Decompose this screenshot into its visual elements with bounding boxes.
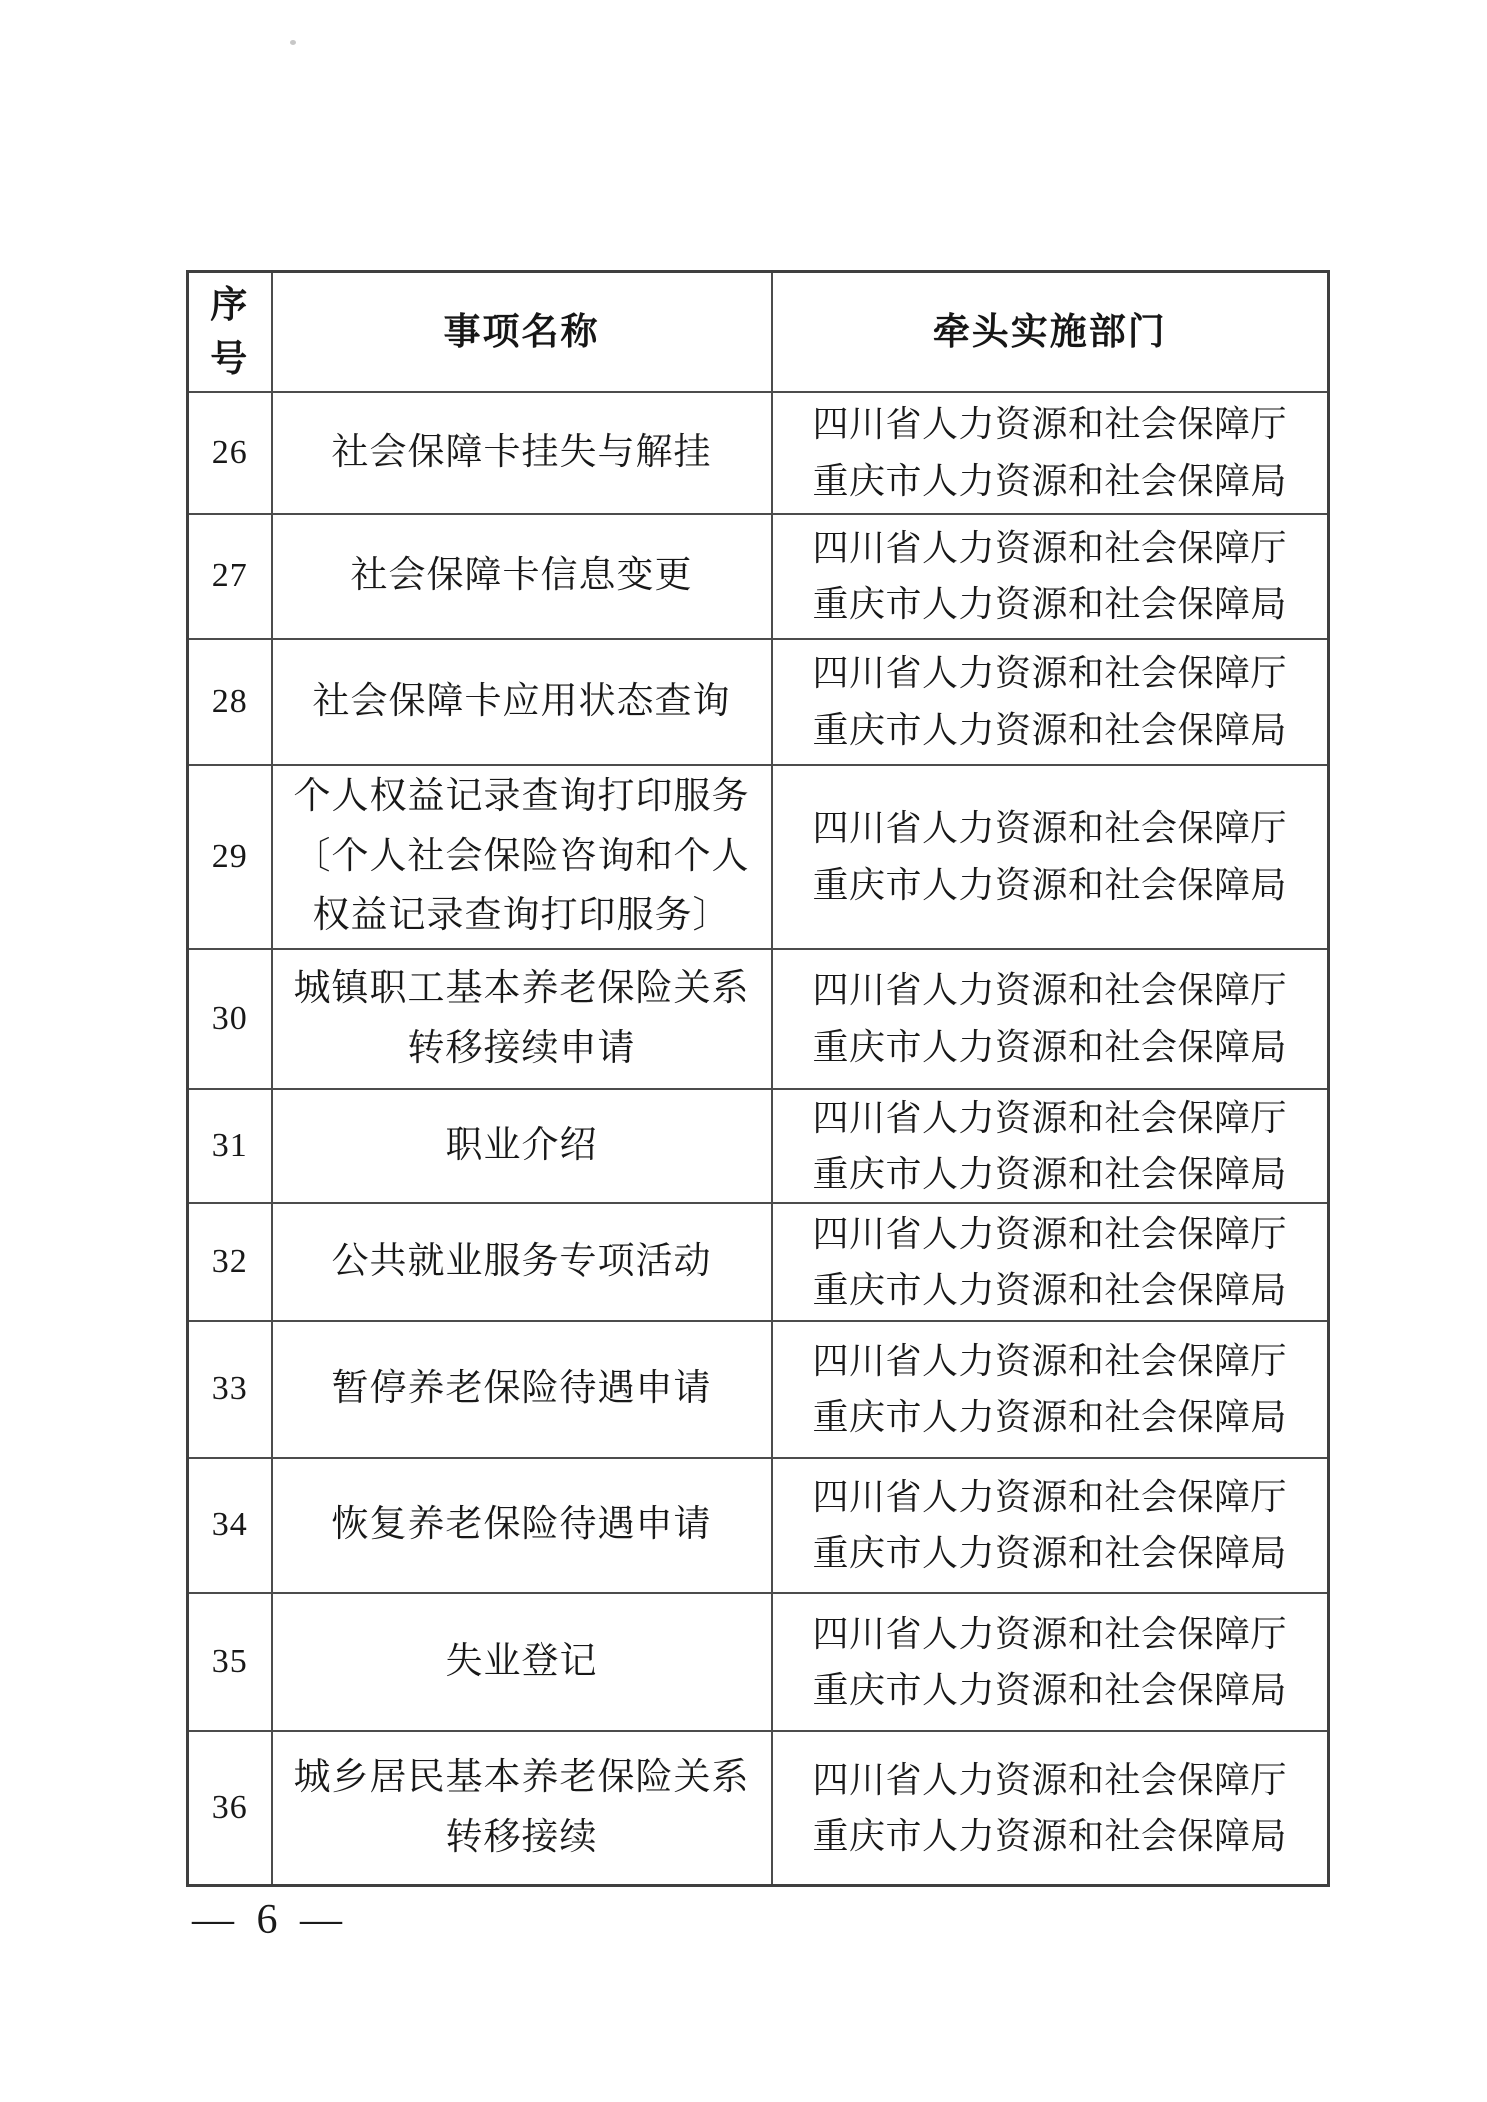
service-items-table: 序 号 事项名称 牵头实施部门 26 社会保障卡挂失与解挂 四川省人力资源和社会…: [186, 270, 1330, 1887]
table-row: 34 恢复养老保险待遇申请 四川省人力资源和社会保障厅 重庆市人力资源和社会保障…: [188, 1458, 1329, 1593]
item-name-cell: 职业介绍: [272, 1089, 772, 1203]
department-cell: 四川省人力资源和社会保障厅 重庆市人力资源和社会保障局: [772, 1089, 1329, 1203]
table-row: 30 城镇职工基本养老保险关系 转移接续申请 四川省人力资源和社会保障厅 重庆市…: [188, 949, 1329, 1089]
serial-cell: 26: [188, 392, 272, 514]
item-name-cell: 暂停养老保险待遇申请: [272, 1321, 772, 1458]
table-row: 29 个人权益记录查询打印服务 〔个人社会保险咨询和个人 权益记录查询打印服务〕…: [188, 765, 1329, 949]
item-name-cell: 失业登记: [272, 1593, 772, 1731]
table-row: 33 暂停养老保险待遇申请 四川省人力资源和社会保障厅 重庆市人力资源和社会保障…: [188, 1321, 1329, 1458]
department-cell: 四川省人力资源和社会保障厅 重庆市人力资源和社会保障局: [772, 1731, 1329, 1886]
scan-speck: [290, 40, 296, 45]
table-header-row: 序 号 事项名称 牵头实施部门: [188, 272, 1329, 392]
department-cell: 四川省人力资源和社会保障厅 重庆市人力资源和社会保障局: [772, 949, 1329, 1089]
department-cell: 四川省人力资源和社会保障厅 重庆市人力资源和社会保障局: [772, 1203, 1329, 1321]
item-name-cell: 城乡居民基本养老保险关系 转移接续: [272, 1731, 772, 1886]
department-cell: 四川省人力资源和社会保障厅 重庆市人力资源和社会保障局: [772, 514, 1329, 639]
item-name-cell: 个人权益记录查询打印服务 〔个人社会保险咨询和个人 权益记录查询打印服务〕: [272, 765, 772, 949]
serial-cell: 35: [188, 1593, 272, 1731]
item-name-cell: 城镇职工基本养老保险关系 转移接续申请: [272, 949, 772, 1089]
document-page: 序 号 事项名称 牵头实施部门 26 社会保障卡挂失与解挂 四川省人力资源和社会…: [0, 0, 1487, 2102]
serial-cell: 34: [188, 1458, 272, 1593]
table-row: 31 职业介绍 四川省人力资源和社会保障厅 重庆市人力资源和社会保障局: [188, 1089, 1329, 1203]
table-row: 27 社会保障卡信息变更 四川省人力资源和社会保障厅 重庆市人力资源和社会保障局: [188, 514, 1329, 639]
table-row: 36 城乡居民基本养老保险关系 转移接续 四川省人力资源和社会保障厅 重庆市人力…: [188, 1731, 1329, 1886]
column-header-item-name: 事项名称: [272, 272, 772, 392]
department-cell: 四川省人力资源和社会保障厅 重庆市人力资源和社会保障局: [772, 765, 1329, 949]
department-cell: 四川省人力资源和社会保障厅 重庆市人力资源和社会保障局: [772, 1593, 1329, 1731]
page-number: — 6 —: [192, 1896, 348, 1944]
item-name-cell: 恢复养老保险待遇申请: [272, 1458, 772, 1593]
item-name-cell: 社会保障卡信息变更: [272, 514, 772, 639]
item-name-cell: 公共就业服务专项活动: [272, 1203, 772, 1321]
serial-cell: 32: [188, 1203, 272, 1321]
table-row: 32 公共就业服务专项活动 四川省人力资源和社会保障厅 重庆市人力资源和社会保障…: [188, 1203, 1329, 1321]
serial-cell: 31: [188, 1089, 272, 1203]
serial-cell: 27: [188, 514, 272, 639]
serial-cell: 29: [188, 765, 272, 949]
item-name-cell: 社会保障卡应用状态查询: [272, 639, 772, 765]
table-row: 35 失业登记 四川省人力资源和社会保障厅 重庆市人力资源和社会保障局: [188, 1593, 1329, 1731]
department-cell: 四川省人力资源和社会保障厅 重庆市人力资源和社会保障局: [772, 1321, 1329, 1458]
department-cell: 四川省人力资源和社会保障厅 重庆市人力资源和社会保障局: [772, 1458, 1329, 1593]
department-cell: 四川省人力资源和社会保障厅 重庆市人力资源和社会保障局: [772, 392, 1329, 514]
serial-cell: 36: [188, 1731, 272, 1886]
table-row: 26 社会保障卡挂失与解挂 四川省人力资源和社会保障厅 重庆市人力资源和社会保障…: [188, 392, 1329, 514]
table-row: 28 社会保障卡应用状态查询 四川省人力资源和社会保障厅 重庆市人力资源和社会保…: [188, 639, 1329, 765]
column-header-serial: 序 号: [188, 272, 272, 392]
serial-cell: 28: [188, 639, 272, 765]
department-cell: 四川省人力资源和社会保障厅 重庆市人力资源和社会保障局: [772, 639, 1329, 765]
serial-cell: 33: [188, 1321, 272, 1458]
column-header-department: 牵头实施部门: [772, 272, 1329, 392]
serial-cell: 30: [188, 949, 272, 1089]
item-name-cell: 社会保障卡挂失与解挂: [272, 392, 772, 514]
